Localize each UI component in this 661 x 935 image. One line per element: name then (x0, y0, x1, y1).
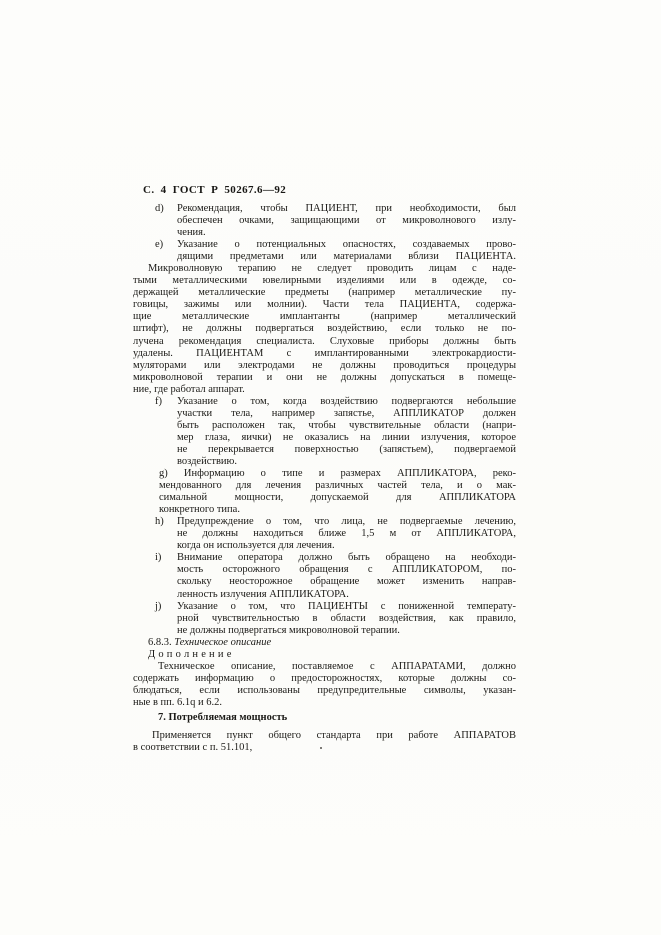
text-line: лучена рекомендация специалиста. Слуховы… (133, 336, 516, 348)
text-line: удалены. ПАЦИЕНТАМ с имплантированными э… (133, 348, 516, 360)
list-label: f) (155, 396, 177, 408)
text-line: симальной мощности, допускаемой для АППЛ… (133, 492, 516, 504)
text-line: тыми металлическими ювелирными изделиями… (133, 275, 516, 287)
text-line: не должны подвергаться микроволновой тер… (133, 625, 516, 637)
text-line: мость осторожного обращения с АППЛИКАТОР… (133, 564, 516, 576)
section-number: 6.8.3. (148, 637, 172, 648)
list-label: j) (155, 601, 177, 613)
text-line: муляторами или электродами не должны про… (133, 360, 516, 372)
list-item-e-line: e)Указание о потенциальных опасностях, с… (133, 239, 516, 251)
text-line: говицы, зажимы или молнии). Части тела П… (133, 299, 516, 311)
text-line: ленность излучения АППЛИКАТОРА. (133, 589, 516, 601)
line-text: Рекомендация, чтобы ПАЦИЕНТ, при необход… (177, 203, 516, 214)
paragraph-line: Техническое описание, поставляемое с АПП… (133, 661, 516, 673)
text-line: мер глаза, яички) не оказались на линии … (133, 432, 516, 444)
text-line: быть расположен так, чтобы чувствительны… (133, 420, 516, 432)
text-line: держащей металлические предметы (наприме… (133, 287, 516, 299)
document-page: С. 4 ГОСТ Р 50267.6—92 d)Рекомендация, ч… (0, 0, 661, 935)
text-line: не должны находиться ближе 1,5 м от АППЛ… (133, 528, 516, 540)
list-label: e) (155, 239, 177, 251)
paragraph-line: Микроволновую терапию не следует проводи… (133, 263, 516, 275)
scan-speck (320, 747, 322, 749)
paragraph-line: Применяется пункт общего стандарта при р… (133, 730, 516, 742)
text-block: d)Рекомендация, чтобы ПАЦИЕНТ, при необх… (133, 203, 516, 754)
text-line: ние, где работал аппарат. (133, 384, 516, 396)
running-header: С. 4 ГОСТ Р 50267.6—92 (143, 184, 286, 196)
text-line: чения. (133, 227, 516, 239)
text-line: когда он используется для лечения. (133, 540, 516, 552)
section-title: Техническое описание (174, 637, 271, 648)
text-line: блюдаться, если использованы предупредит… (133, 685, 516, 697)
line-text: Указание о потенциальных опасностях, соз… (177, 239, 516, 250)
list-label: i) (155, 552, 177, 564)
list-item-d-line: d)Рекомендация, чтобы ПАЦИЕНТ, при необх… (133, 203, 516, 215)
text-line: участки тела, например запястье, АППЛИКА… (133, 408, 516, 420)
text-line: щие металлические имплантанты (например … (133, 311, 516, 323)
list-item-i-line: i)Внимание оператора должно быть обращен… (133, 552, 516, 564)
text-line: не перекрывается поверхностью (запястьем… (133, 444, 516, 456)
text-line: конкретного типа. (133, 504, 516, 516)
text-line: обеспечен очками, защищающими от микрово… (133, 215, 516, 227)
list-item-g-line: g) Информацию о типе и размерах АППЛИКАТ… (133, 468, 516, 480)
text-line: микроволновой терапии и они не должны до… (133, 372, 516, 384)
text-line: воздействию. (133, 456, 516, 468)
text-line: мендованного для лечения различных часте… (133, 480, 516, 492)
list-label: d) (155, 203, 177, 215)
text-line: ные в пп. 6.1q и 6.2. (133, 697, 516, 709)
text-line: содержать информацию о предосторожностях… (133, 673, 516, 685)
text-line: скольку неосторожное обращение может изм… (133, 576, 516, 588)
list-item-j-line: j)Указание о том, что ПАЦИЕНТЫ с понижен… (133, 601, 516, 613)
list-item-f-line: f)Указание о том, когда воздействию подв… (133, 396, 516, 408)
text-line: рной чувствительностью в области воздейс… (133, 613, 516, 625)
line-text: Указание о том, что ПАЦИЕНТЫ с пониженно… (177, 601, 516, 612)
list-item-h-line: h)Предупреждение о том, что лица, не под… (133, 516, 516, 528)
section-6-8-3-heading: 6.8.3. Техническое описание (133, 637, 516, 649)
line-text: Внимание оператора должно быть обращено … (177, 552, 516, 563)
supplement-label: Дополнение (133, 649, 516, 661)
text-line: штифт), не должны подвергаться воздейств… (133, 323, 516, 335)
line-text: Предупреждение о том, что лица, не подве… (177, 516, 516, 527)
section-7-heading: 7. Потребляемая мощность (133, 712, 516, 724)
line-text: Указание о том, когда воздействию подвер… (177, 396, 516, 407)
list-label: h) (155, 516, 177, 528)
text-line: дящими предметами или материалами вблизи… (133, 251, 516, 263)
text-line: в соответствии с п. 51.101, (133, 742, 516, 754)
